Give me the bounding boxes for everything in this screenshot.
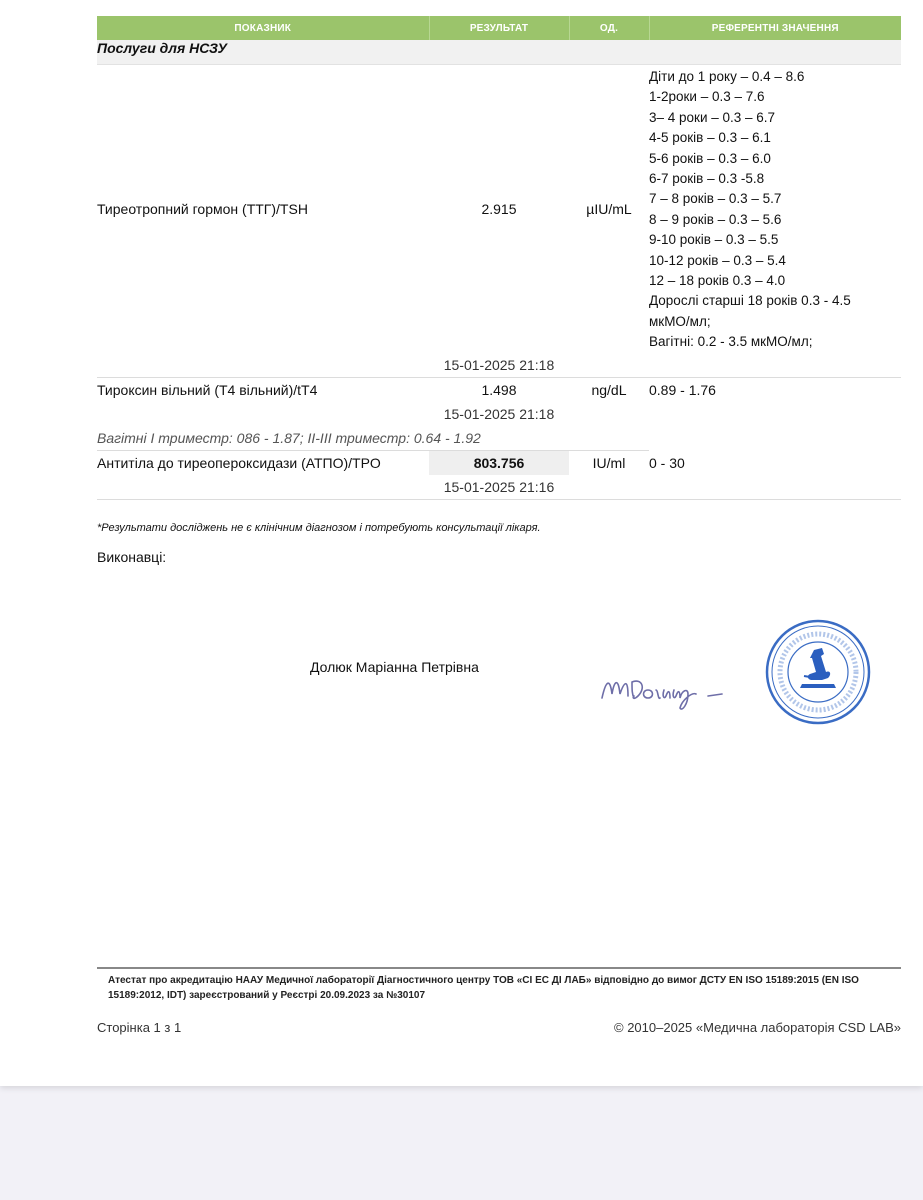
reference-line: 8 – 9 років – 0.3 – 5.6 [649,210,901,230]
test-unit: IU/ml [569,451,649,476]
test-result: 1.498 [429,378,569,403]
reference-line: 9-10 років – 0.3 – 5.5 [649,230,901,250]
stamp [764,618,872,731]
results-table: ПОКАЗНИК РЕЗУЛЬТАТ ОД. РЕФЕРЕНТНІ ЗНАЧЕН… [97,16,901,500]
section-title: Послуги для НСЗУ [97,40,901,65]
performer-name: Долюк Маріанна Петрівна [310,659,479,675]
test-name: Тиреотропний гормон (ТТГ)/TSH [97,65,429,354]
performers-label: Виконавці: [97,549,166,565]
test-unit: ng/dL [569,378,649,403]
disclaimer: *Результати досліджень не є клінічним ді… [97,522,541,534]
table-row: Антитіла до тиреопероксидази (АТПО)/TPO … [97,451,901,476]
test-date: 15-01-2025 21:16 [429,475,569,499]
accreditation-text: Атестат про акредитацію НААУ Медичної ла… [108,973,898,1003]
table-row-note: Вагітні І триместр: 086 - 1.87; ІІ-ІІІ т… [97,426,901,451]
signature-icon [598,660,748,720]
reference-line: 1-2роки – 0.3 – 7.6 [649,87,901,107]
reference-line: 4-5 років – 0.3 – 6.1 [649,128,901,148]
reference-line: 10-12 років – 0.3 – 5.4 [649,251,901,271]
table-row: Тироксин вільний (Т4 вільний)/tT4 1.498 … [97,378,901,403]
reference-list: Діти до 1 року – 0.4 – 8.6 1-2роки – 0.3… [649,65,901,378]
header-indicator: ПОКАЗНИК [97,16,429,40]
header-result: РЕЗУЛЬТАТ [429,16,569,40]
reference-value: 0 - 30 [649,451,901,476]
results-report: ПОКАЗНИК РЕЗУЛЬТАТ ОД. РЕФЕРЕНТНІ ЗНАЧЕН… [97,16,901,500]
table-row-date: 15-01-2025 21:18 [97,402,901,426]
section-row: Послуги для НСЗУ [97,40,901,65]
test-date: 15-01-2025 21:18 [429,353,569,377]
table-row: Тиреотропний гормон (ТТГ)/TSH 2.915 µIU/… [97,65,901,354]
table-row-date: 15-01-2025 21:16 [97,475,901,499]
reference-line: 3– 4 роки – 0.3 – 6.7 [649,108,901,128]
reference-line: 12 – 18 років 0.3 – 4.0 [649,271,901,291]
test-name: Антитіла до тиреопероксидази (АТПО)/TPO [97,451,429,476]
test-unit: µIU/mL [569,65,649,354]
header-reference: РЕФЕРЕНТНІ ЗНАЧЕННЯ [649,16,901,40]
table-header: ПОКАЗНИК РЕЗУЛЬТАТ ОД. РЕФЕРЕНТНІ ЗНАЧЕН… [97,16,901,40]
report-page: ПОКАЗНИК РЕЗУЛЬТАТ ОД. РЕФЕРЕНТНІ ЗНАЧЕН… [0,0,923,1086]
test-date: 15-01-2025 21:18 [429,402,569,426]
reference-line: 7 – 8 років – 0.3 – 5.7 [649,189,901,209]
reference-line: Вагітні: 0.2 - 3.5 мкМО/мл; [649,332,901,352]
test-name-text: Тиреотропний гормон (ТТГ)/TSH [97,201,308,217]
reference-line: Діти до 1 року – 0.4 – 8.6 [649,67,901,87]
reference-value: 0.89 - 1.76 [649,378,901,403]
reference-line: 5-6 років – 0.3 – 6.0 [649,149,901,169]
test-result-flagged: 803.756 [429,451,569,476]
test-result: 2.915 [429,65,569,354]
lab-stamp-icon [764,618,872,726]
reference-line: 6-7 років – 0.3 -5.8 [649,169,901,189]
header-unit: ОД. [569,16,649,40]
test-name: Тироксин вільний (Т4 вільний)/tT4 [97,378,429,403]
reference-line: мкМО/мл; [649,312,901,332]
footer-divider [97,967,901,969]
page-number: Сторінка 1 з 1 [97,1020,181,1035]
test-note: Вагітні І триместр: 086 - 1.87; ІІ-ІІІ т… [97,426,649,451]
copyright: © 2010–2025 «Медична лабораторія CSD LAB… [614,1020,901,1035]
signature [598,660,748,725]
reference-line: Дорослі старші 18 років 0.3 - 4.5 [649,291,901,311]
